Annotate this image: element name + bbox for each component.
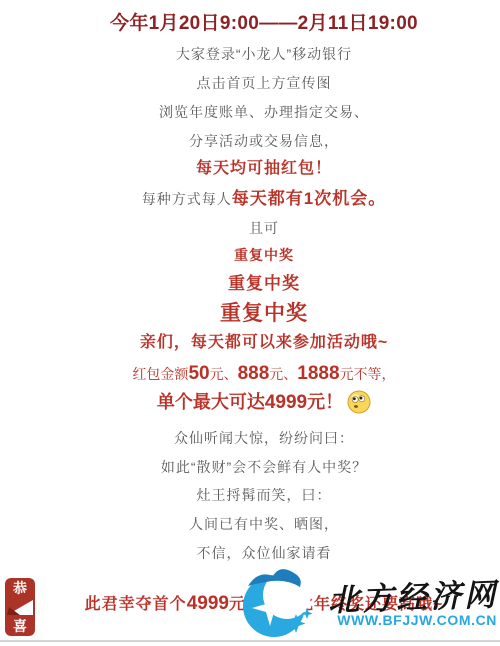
max-prize-suffix: 元！	[307, 392, 343, 412]
winner-value: 4999	[187, 593, 229, 614]
step-share: 分享活动或交易信息，	[28, 133, 500, 150]
winner-line: 此君幸夺首个4999元红包，比年终奖还要高哦~	[28, 592, 500, 615]
chance-line: 每种方式每人每天都有1次机会。	[28, 189, 500, 210]
invite-line: 亲们，每天都可以来参加活动哦~	[28, 333, 500, 353]
max-prize-value: 4999	[265, 392, 307, 413]
schedule-title: 今年1月20日9:00——2月11日19:00	[28, 12, 500, 35]
repeat-win-3: 重复中奖	[28, 301, 500, 327]
amounts-line: 红包金额50元、888元、1888元不等，	[28, 362, 500, 385]
max-prize-prefix: 单个最大可达	[157, 392, 265, 412]
step-browse: 浏览年度账单、办理指定交易、	[28, 104, 500, 121]
repeat-win-2: 重复中奖	[28, 274, 500, 295]
amounts-prefix: 红包金额	[132, 366, 188, 382]
amount-unit-3: 元不等，	[340, 366, 396, 382]
max-prize-line: 单个最大可达4999元！	[28, 390, 500, 420]
amount-unit-1: 元、	[210, 366, 238, 382]
winner-prefix: 此君幸夺首个	[85, 596, 187, 613]
repeat-win-1: 重复中奖	[28, 247, 500, 264]
badge-fold-icon	[7, 599, 33, 615]
promo-article-page: 今年1月20日9:00——2月11日19:00 大家登录“小龙人”移动银行 点击…	[0, 0, 500, 646]
badge-char-bottom: 喜	[13, 619, 27, 633]
chance-prefix: 每种方式每人	[142, 191, 232, 207]
step-login: 大家登录“小龙人”移动银行	[28, 46, 500, 63]
amount-value-3: 1888	[297, 363, 339, 384]
surprised-face-emoji-icon	[347, 390, 371, 420]
story-line-5: 不信，众位仙家请看	[28, 545, 500, 562]
winner-suffix: 元红包，比年终奖还要高哦~	[229, 596, 443, 613]
badge-char-top: 恭	[13, 581, 27, 595]
and-also-line: 且可	[28, 220, 500, 237]
congrats-badge: 恭 喜	[5, 578, 35, 636]
daily-draw-line: 每天均可抽红包！	[28, 159, 500, 179]
story-line-2: 如此“散财”会不会鲜有人中奖？	[28, 459, 500, 476]
amount-value-2: 888	[238, 363, 270, 384]
bottom-divider	[0, 640, 500, 642]
story-line-3: 灶王捋髯而笑，曰：	[28, 487, 500, 504]
amount-value-1: 50	[188, 363, 209, 384]
amount-unit-2: 元、	[269, 366, 297, 382]
story-line-4: 人间已有中奖、晒图，	[28, 516, 500, 533]
story-line-1: 众仙听闻大惊，纷纷问曰：	[28, 430, 500, 447]
step-click-banner: 点击首页上方宣传图	[28, 75, 500, 92]
chance-highlight: 每天都有1次机会。	[232, 189, 386, 208]
